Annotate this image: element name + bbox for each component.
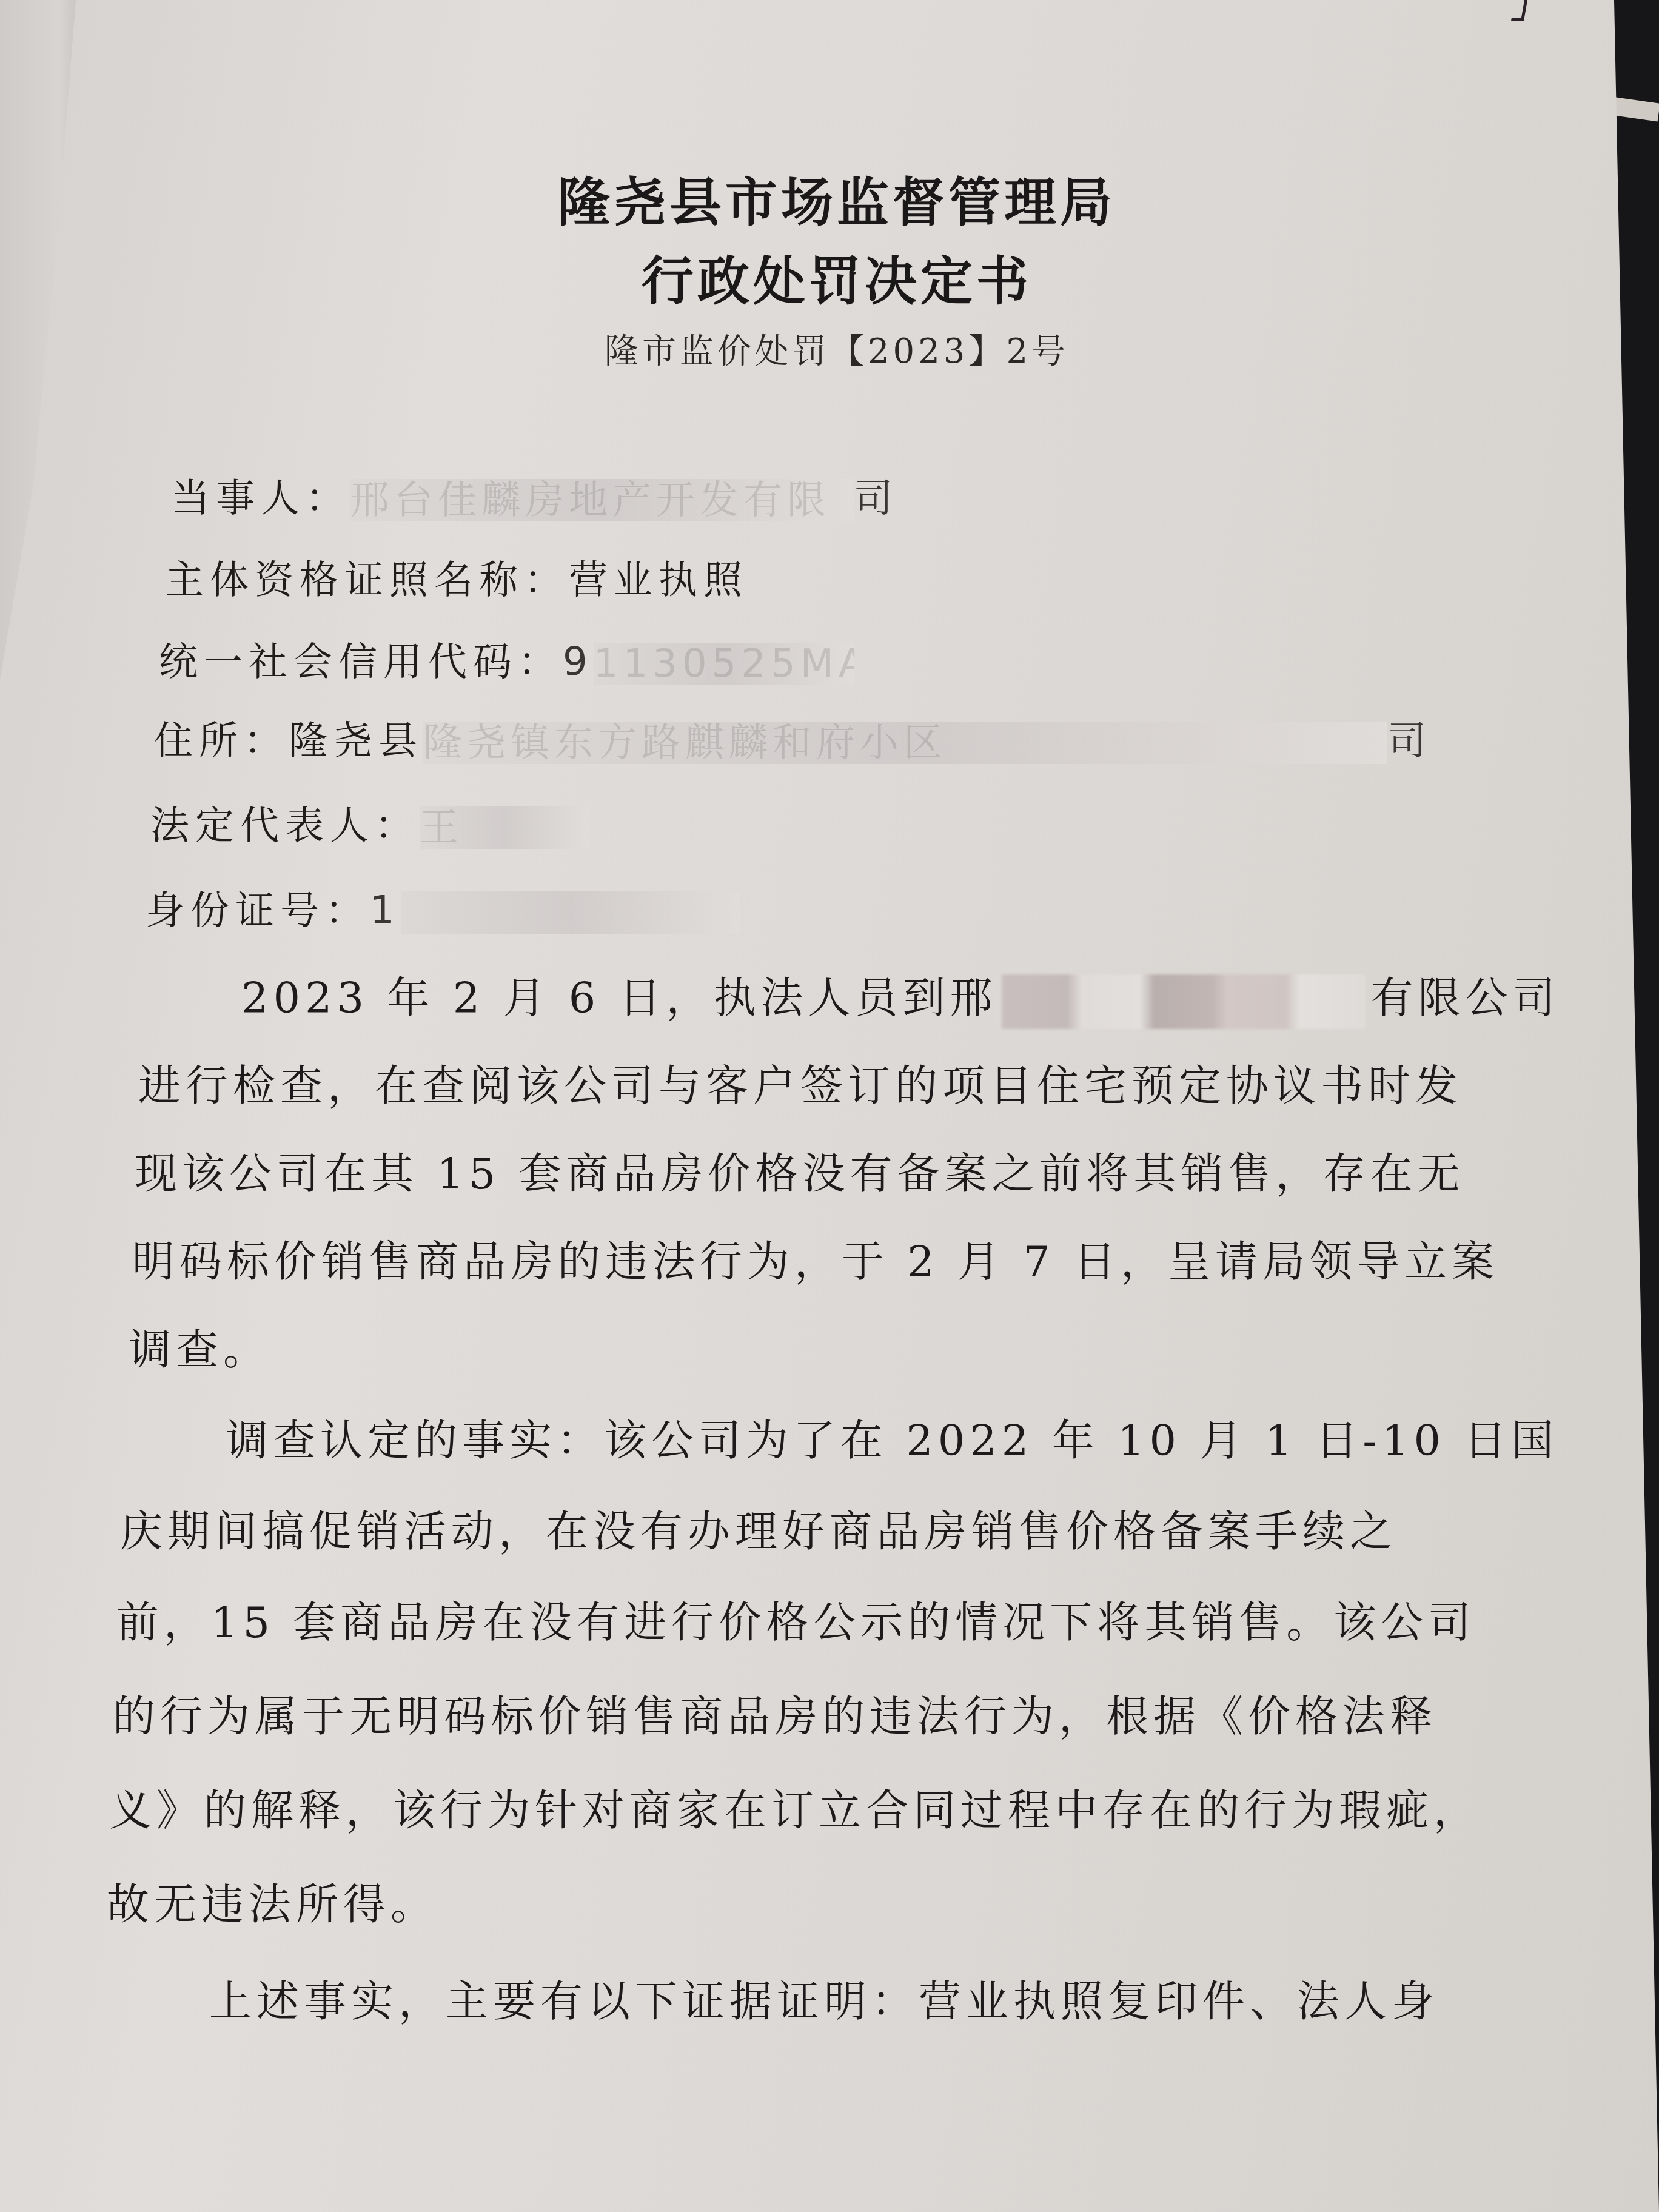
party-value-tail: 司 bbox=[854, 476, 899, 521]
paragraph-2-line-1: 调查认定的事实：该公司为了在 2022 年 10 月 1 日-10 日国 bbox=[226, 1407, 1558, 1468]
address-tail: 司 bbox=[1387, 719, 1432, 763]
id-number-visible: 1 bbox=[370, 888, 401, 933]
p1-line-1-start: 2023 年 2 月 6 日，执法人员到邢 bbox=[241, 973, 997, 1023]
paragraph-1-line-5: 调查。 bbox=[129, 1316, 270, 1377]
credit-code-redacted: 1130525MA0... bbox=[594, 643, 854, 685]
paragraph-3-line-1: 上述事实，主要有以下证据证明：营业执照复印件、法人身 bbox=[209, 1968, 1439, 2029]
paragraph-1-line-4: 明码标价销售商品房的违法行为，于 2 月 7 日，呈请局领导立案 bbox=[132, 1228, 1499, 1289]
paragraph-1-line-2: 进行检查，在查阅该公司与客户签订的项目住宅预定协议书时发 bbox=[138, 1052, 1463, 1113]
paragraph-2-line-6: 故无违法所得。 bbox=[107, 1871, 438, 1932]
id-number-field: 身份证号：1 bbox=[146, 879, 740, 935]
paragraph-2-line-2: 庆期间搞促销活动，在没有办理好商品房销售价格备案手续之 bbox=[120, 1498, 1397, 1559]
paragraph-1-line-3: 现该公司在其 15 套商品房价格没有备案之前将其销售，存在无 bbox=[135, 1140, 1465, 1201]
id-number-label: 身份证号： bbox=[146, 888, 370, 933]
legal-representative-field: 法定代表人：王 bbox=[150, 794, 589, 850]
legal-rep-redacted: 王 bbox=[420, 806, 589, 849]
license-name-value: 营业执照 bbox=[569, 558, 748, 603]
legal-rep-label: 法定代表人： bbox=[150, 803, 420, 848]
license-name-label: 主体资格证照名称： bbox=[165, 558, 569, 603]
party-label: 当事人： bbox=[171, 476, 350, 521]
paragraph-2-line-5: 义》的解释，该行为针对商家在订立合同过程中存在的行为瑕疵， bbox=[109, 1777, 1481, 1838]
license-name-field: 主体资格证照名称：营业执照 bbox=[165, 549, 748, 605]
document-type-title: 行政处罚决定书 bbox=[0, 240, 1655, 315]
party-field: 当事人：邢台佳麟房地产开发有限司 bbox=[171, 467, 899, 523]
party-value-redacted: 邢台佳麟房地产开发有限 bbox=[350, 479, 854, 521]
p1-line-1-end: 有限公司 bbox=[1370, 973, 1560, 1023]
credit-code-label: 统一社会信用代码： bbox=[159, 640, 563, 685]
address-field: 住所：隆尧县隆尧镇东方路麒麟和府小区司 bbox=[154, 709, 1432, 765]
paragraph-2-line-4: 的行为属于无明码标价销售商品房的违法行为，根据《价格法释 bbox=[113, 1683, 1437, 1744]
paragraph-2-line-3: 前，15 套商品房在没有进行价格公示的情况下将其销售。该公司 bbox=[116, 1589, 1475, 1650]
paragraph-1-line-1: 2023 年 2 月 6 日，执法人员到邢有限公司 bbox=[241, 964, 1560, 1029]
address-visible: 隆尧县 bbox=[289, 719, 423, 763]
credit-code-visible: 9 bbox=[563, 640, 594, 685]
penalty-decision-document: 隆尧县市场监督管理局 行政处罚决定书 隆市监价处罚【2023】2号 当事人：邢台… bbox=[0, 0, 1659, 2212]
address-redacted: 隆尧镇东方路麒麟和府小区 bbox=[423, 722, 1387, 764]
address-label: 住所： bbox=[154, 719, 289, 763]
issuing-authority-title: 隆尧县市场监督管理局 bbox=[0, 161, 1655, 236]
id-number-redacted bbox=[401, 891, 740, 934]
credit-code-field: 统一社会信用代码：91130525MA0... bbox=[159, 631, 854, 686]
document-number: 隆市监价处罚【2023】2号 bbox=[0, 324, 1655, 373]
redacted-company-name bbox=[1002, 974, 1366, 1029]
